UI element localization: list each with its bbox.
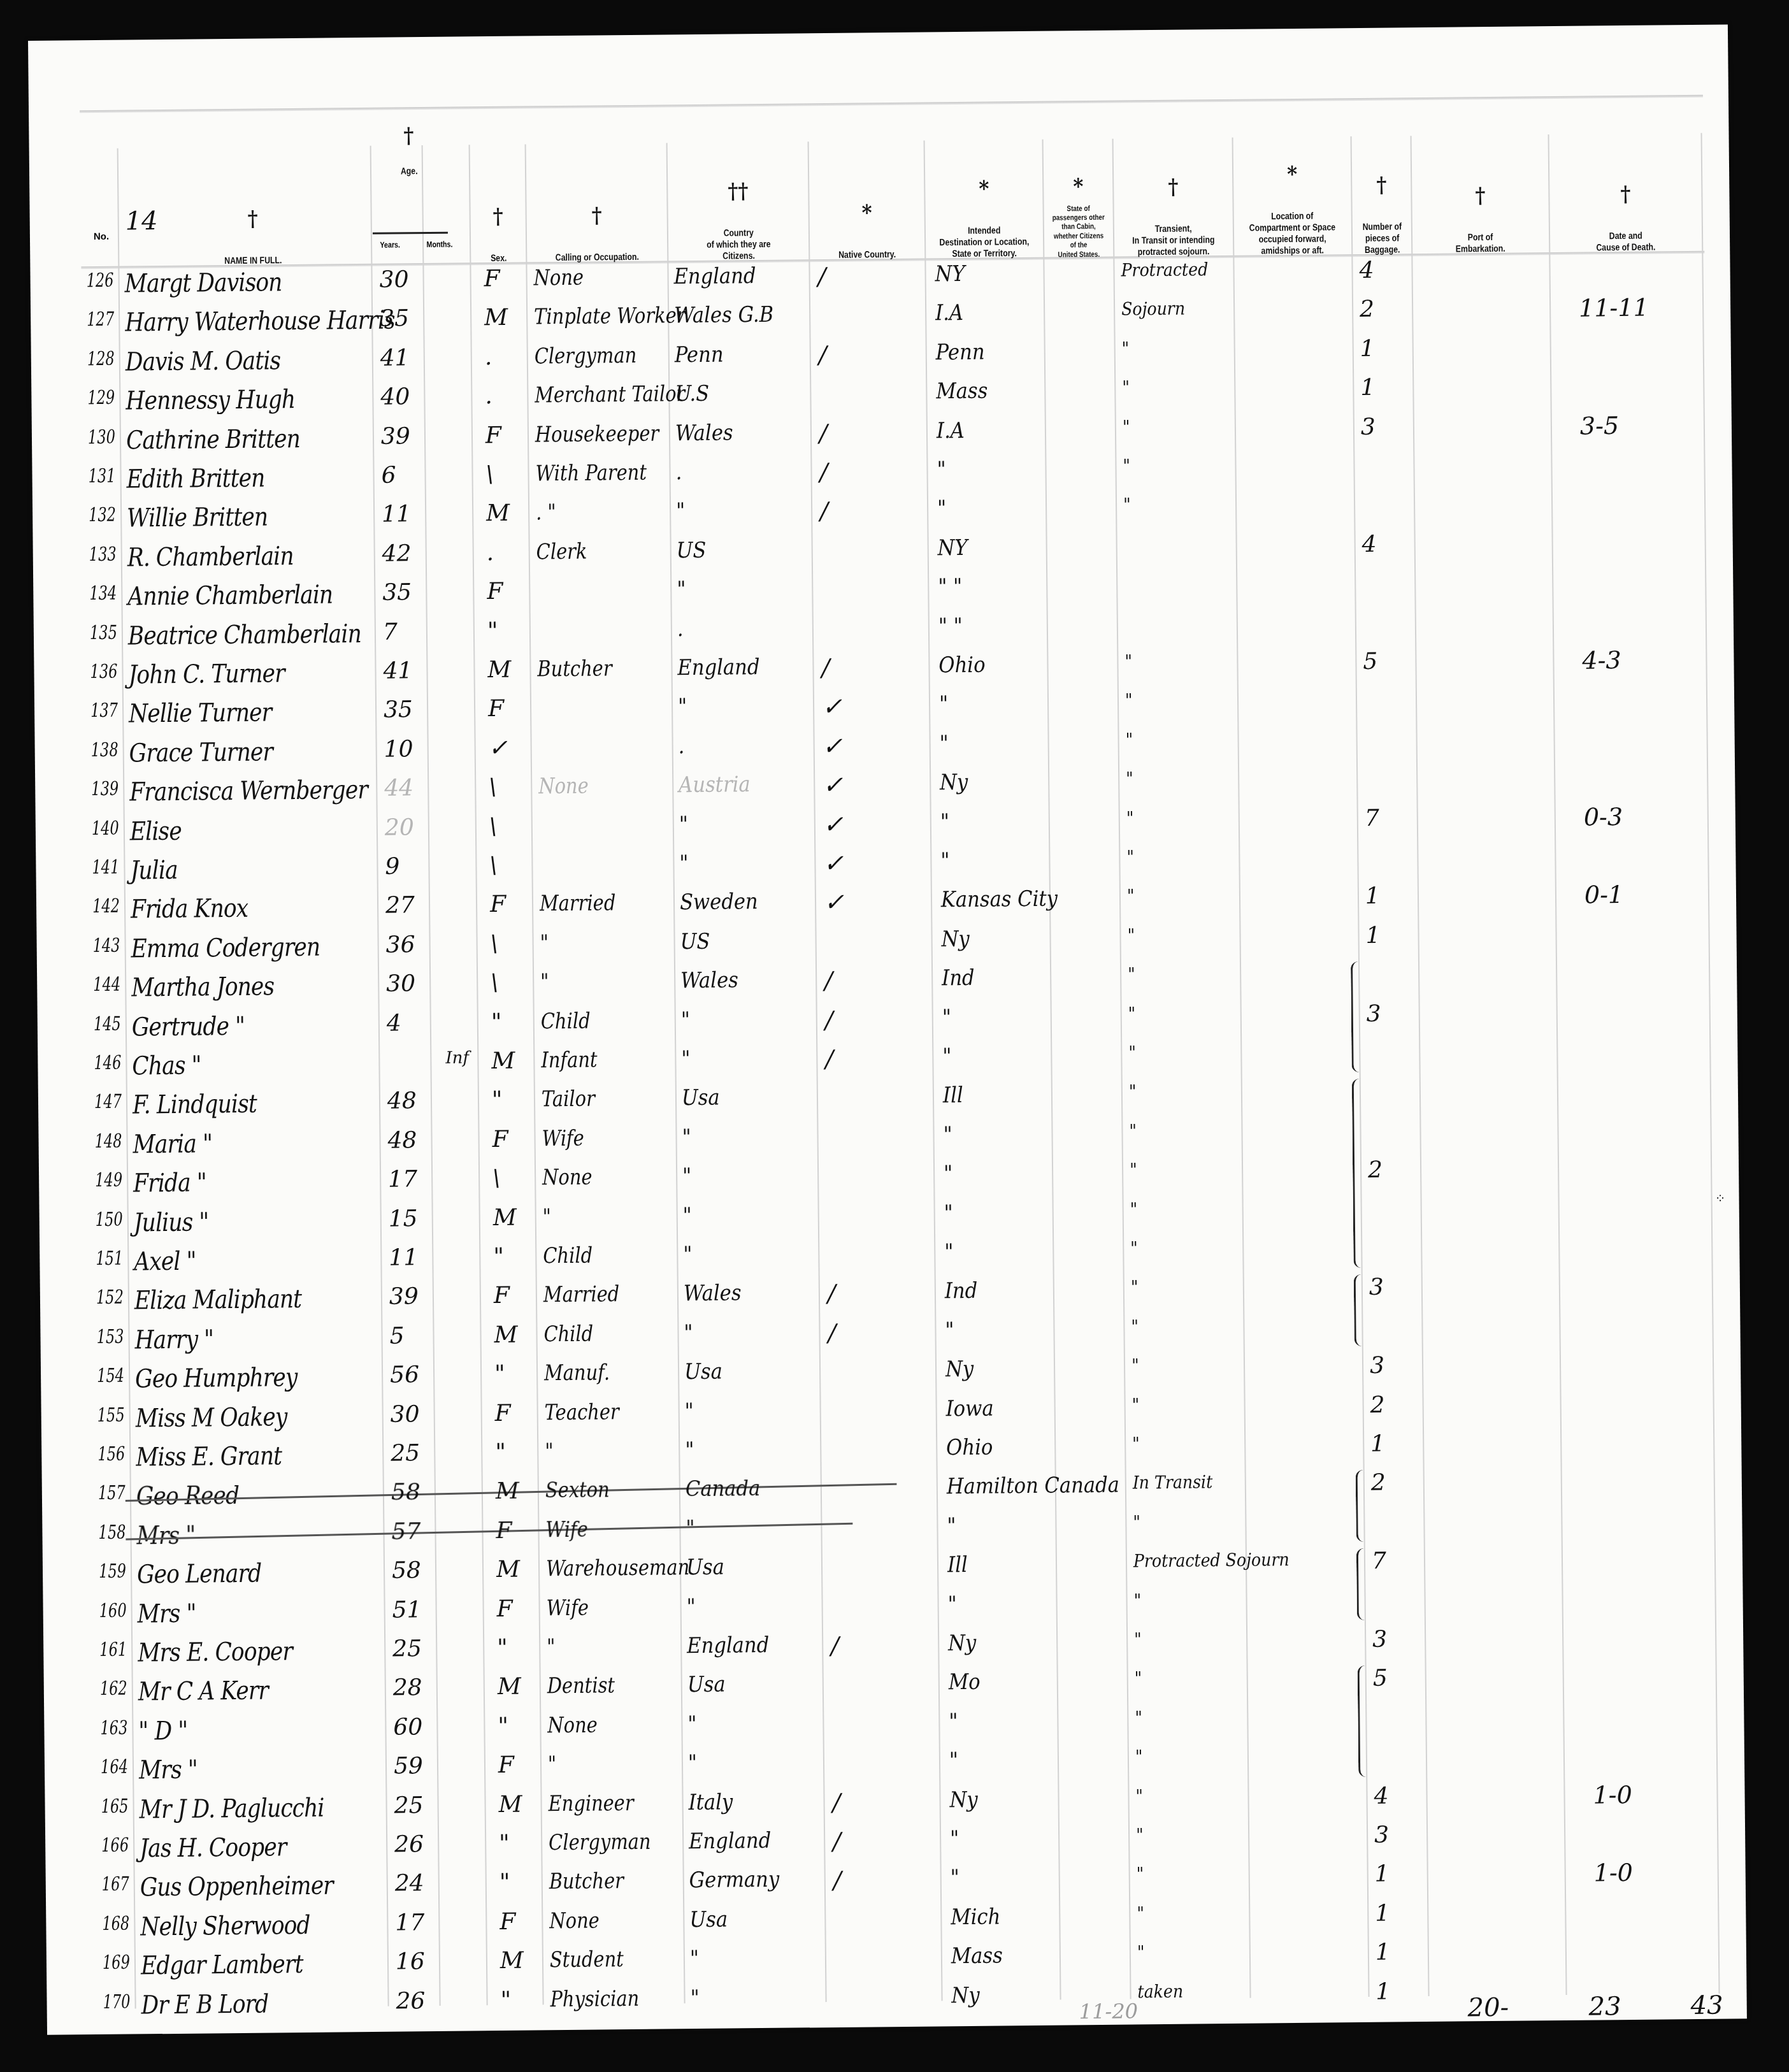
age-years-label: Years. [380, 240, 400, 249]
cell-occupation: None [533, 265, 584, 291]
cell-citizen: " [679, 851, 688, 876]
cell-transient: " [1135, 1668, 1142, 1689]
cell-age: 17 [388, 1166, 417, 1192]
header-occupation: † Calling or Occupation. [526, 110, 667, 264]
cell-citizen: US [677, 538, 707, 563]
cell-sex: " [499, 1831, 510, 1857]
cell-citizen: " [678, 694, 687, 720]
cell-death: 3-5 [1580, 412, 1620, 440]
cell-no: 166 [101, 1834, 129, 1857]
cell-destination: " [937, 457, 945, 482]
cell-occupation: Student [550, 1946, 624, 1973]
cell-citizen: . [678, 733, 684, 759]
cell-citizen: " [681, 1046, 690, 1072]
cell-age: 35 [384, 697, 413, 723]
baggage-brace [1358, 1666, 1370, 1776]
cell-destination: Ny [949, 1787, 977, 1812]
cell-occupation: Engineer [548, 1790, 633, 1817]
asterisk-icon: * [861, 202, 872, 224]
cell-name: Edgar Lambert [141, 1950, 303, 1980]
cell-name: Mr J D. Paglucchi [139, 1793, 324, 1824]
cell-age: 39 [381, 423, 410, 449]
cell-death: 0-3 [1584, 803, 1623, 831]
cell-name: Beatrice Chamberlain [128, 619, 361, 651]
cell-transient: " [1126, 807, 1134, 828]
cell-age: 48 [387, 1088, 417, 1114]
baggage-brace [1356, 1470, 1367, 1542]
dagger-icon: † [1168, 176, 1178, 198]
cell-death: 1-0 [1594, 1859, 1634, 1887]
header-destination: * Intended Destination or Location, Stat… [924, 106, 1043, 261]
cell-no: 169 [103, 1952, 130, 1974]
cell-transient: " [1124, 651, 1132, 672]
cell-transient: " [1129, 1120, 1137, 1141]
cell-citizen: " [687, 1711, 696, 1737]
number-column-label: No. [94, 231, 109, 242]
cell-destination: " [951, 1865, 959, 1890]
cell-sex: M [484, 305, 508, 331]
dagger-icon: † [1620, 183, 1630, 205]
cell-sex: \ [489, 814, 498, 840]
cell-destination: Ny [948, 1630, 976, 1656]
cell-occupation: " [540, 969, 549, 995]
cell-destination: " [945, 1318, 954, 1343]
cell-name: Grace Turner [129, 737, 273, 768]
cell-sex: F [496, 1595, 512, 1622]
cell-name: Axel " [134, 1247, 196, 1277]
cell-name: Elise [130, 816, 182, 846]
cell-destination: NY [935, 261, 965, 287]
cell-destination: " [947, 1513, 956, 1539]
cell-occupation: Merchant Tailor [535, 381, 685, 408]
cell-name: Mrs " [137, 1599, 196, 1629]
cell-death: 4-3 [1582, 646, 1621, 675]
cell-name: Willie Britten [127, 503, 268, 533]
cell-citizen: Wales [680, 968, 738, 994]
cell-sex: " [492, 1087, 503, 1113]
cell-citizen: England [689, 1828, 771, 1854]
cell-occupation: Sexton [545, 1478, 610, 1504]
cell-occupation: Child [543, 1321, 593, 1347]
cell-citizen: Usa [689, 1906, 728, 1932]
cell-baggage: 4 [1374, 1783, 1388, 1809]
cell-baggage: 5 [1373, 1666, 1388, 1692]
cell-baggage: 1 [1360, 336, 1375, 362]
cell-name: Chas " [132, 1051, 201, 1081]
cell-name: Dr E B Lord [141, 1989, 268, 2020]
cell-sex: F [484, 266, 499, 292]
cell-sex: " [493, 1244, 504, 1270]
cell-native: / [833, 1827, 841, 1855]
cell-name: Nellie Turner [129, 698, 272, 729]
cell-baggage: 7 [1365, 805, 1379, 831]
cell-age: 60 [393, 1714, 422, 1740]
cell-name: Miss E. Grant [136, 1441, 282, 1472]
total-a: 20- [1468, 1993, 1509, 2023]
cell-transient: " [1128, 1042, 1136, 1063]
cell-occupation: Infant [541, 1047, 598, 1073]
cell-sex: \ [491, 970, 499, 996]
cell-baggage: 3 [1372, 1627, 1387, 1653]
cell-native: / [820, 497, 828, 525]
cell-sex: \ [485, 461, 494, 487]
cell-age: 24 [395, 1871, 424, 1897]
cell-age: 44 [384, 775, 413, 801]
cell-age: 6 [381, 462, 396, 488]
cell-transient: " [1130, 1160, 1137, 1181]
cell-transient: " [1122, 377, 1130, 398]
cell-age: 42 [382, 540, 412, 566]
cell-destination: Ohio [938, 652, 985, 679]
cell-occupation: Butcher [537, 656, 612, 682]
cell-occupation: Married [543, 1282, 620, 1308]
cell-destination: Ind [945, 1278, 978, 1304]
cell-age: 30 [391, 1401, 420, 1427]
cell-sex: " [499, 1869, 510, 1896]
cell-destination: Ny [945, 1356, 974, 1382]
cell-destination: I.A [937, 418, 965, 443]
cell-name: Mrs " [136, 1520, 195, 1550]
cell-name: Julius " [134, 1207, 209, 1237]
cell-age: 27 [385, 893, 415, 919]
cell-citizen: England [673, 263, 756, 289]
cell-age: 35 [382, 579, 412, 605]
cell-no: 143 [92, 934, 120, 956]
cell-no: 149 [95, 1169, 122, 1191]
cell-name: Maria " [133, 1129, 212, 1159]
cell-name: F. Lindquist [133, 1090, 257, 1120]
cell-destination: Mo [949, 1669, 981, 1695]
cell-sex: \ [490, 931, 498, 957]
cell-baggage: 1 [1376, 1939, 1390, 1966]
cell-baggage: 3 [1367, 1000, 1381, 1026]
cell-sex: " [497, 1635, 508, 1661]
cell-sex: M [498, 1674, 521, 1700]
cell-no: 131 [88, 465, 115, 487]
cell-transient: " [1123, 494, 1131, 515]
cell-transient: " [1131, 1316, 1139, 1337]
cell-age: 15 [389, 1205, 418, 1232]
cell-no: 139 [91, 778, 119, 800]
cell-citizen: " [685, 1399, 694, 1424]
faint-annotation: 11-20 [1079, 1999, 1139, 2024]
cell-sex: F [498, 1752, 514, 1778]
total-c: 43 [1691, 1991, 1723, 2020]
cell-sex: F [499, 1909, 515, 1935]
cell-destination: " [947, 1592, 956, 1617]
cell-transient: " [1125, 690, 1133, 711]
cell-no: 161 [99, 1639, 127, 1661]
cell-occupation: " [545, 1439, 554, 1464]
cell-age: 41 [383, 658, 412, 684]
cell-name: Hennessy Hugh [126, 385, 295, 416]
cell-no: 137 [90, 700, 118, 722]
cell-citizen: Wales [684, 1281, 742, 1307]
cell-transient: " [1123, 455, 1130, 476]
cell-citizen: " [684, 1320, 693, 1346]
cell-occupation: Butcher [549, 1869, 624, 1895]
cell-transient: Protracted [1121, 259, 1208, 280]
cell-native: / [824, 967, 833, 995]
cell-name: Nelly Sherwood [140, 1911, 310, 1942]
cell-destination: " [939, 731, 948, 756]
cell-occupation: Warehouseman [546, 1555, 690, 1581]
cell-transient: " [1134, 1629, 1142, 1650]
cell-sex: F [488, 696, 504, 722]
cell-native: ✓ [823, 849, 844, 877]
cell-sex: " [491, 1009, 502, 1035]
cell-destination: NY [938, 535, 968, 561]
cell-occupation: Child [543, 1243, 593, 1269]
cell-sex: M [496, 1478, 519, 1504]
cell-name: R. Chamberlain [127, 542, 294, 573]
cell-sex: M [494, 1322, 517, 1348]
cell-citizen: Sweden [680, 889, 758, 915]
cell-citizen: " [682, 1163, 691, 1189]
cell-citizen: Germany [689, 1867, 780, 1893]
cell-months: Inf [445, 1048, 469, 1067]
double-dagger-icon: †† [728, 180, 748, 202]
cell-sex: M [486, 500, 510, 526]
cell-citizen: Austria [679, 772, 751, 798]
cell-citizen: England [677, 654, 759, 680]
cell-age: 58 [391, 1479, 420, 1506]
cell-sex: M [498, 1791, 522, 1817]
cell-transient: " [1130, 1237, 1138, 1258]
cell-occupation: " [548, 1752, 557, 1777]
header-name: † NAME IN FULL. [156, 113, 348, 268]
cell-destination: " [949, 1709, 958, 1734]
cell-age: 4 [387, 1010, 401, 1036]
cell-citizen: Wales [675, 420, 733, 446]
cell-age: 26 [396, 1988, 425, 2014]
dagger-icon: † [1475, 185, 1485, 206]
cell-transient: " [1126, 846, 1134, 867]
cell-no: 146 [94, 1052, 121, 1074]
cell-occupation: Wife [546, 1595, 589, 1621]
cell-no: 155 [97, 1404, 125, 1426]
cell-destination: " [939, 692, 948, 717]
cell-baggage: 1 [1375, 1861, 1390, 1887]
cell-no: 160 [99, 1599, 126, 1622]
cell-sex: \ [489, 774, 497, 800]
cell-sex: F [492, 1126, 508, 1153]
cell-no: 151 [96, 1248, 123, 1270]
cell-transient: " [1137, 1903, 1144, 1924]
cell-transient: " [1130, 1198, 1138, 1219]
cell-no: 153 [96, 1325, 124, 1348]
cell-age: 10 [384, 736, 413, 762]
cell-transient: " [1132, 1355, 1139, 1376]
cell-transient: " [1135, 1785, 1143, 1806]
cell-citizen: Usa [687, 1672, 726, 1698]
cell-transient: " [1133, 1511, 1140, 1532]
cell-occupation: " [540, 930, 549, 956]
cell-occupation: Tailor [542, 1086, 595, 1112]
cell-destination: Penn [936, 339, 985, 365]
cell-occupation: . " [536, 500, 556, 525]
cell-baggage: 1 [1365, 883, 1380, 909]
cell-no: 158 [98, 1521, 126, 1543]
cell-age: 35 [380, 306, 409, 332]
cell-occupation: Child [541, 1008, 591, 1034]
cell-baggage: 1 [1375, 1900, 1390, 1926]
cell-name: " D " [138, 1716, 187, 1746]
cell-destination: " [944, 1161, 952, 1186]
cell-sex: . [485, 383, 492, 409]
cell-baggage: 2 [1371, 1470, 1386, 1496]
cell-no: 130 [88, 426, 115, 448]
cell-no: 157 [98, 1482, 126, 1504]
cell-sex: ✓ [488, 735, 508, 761]
asterisk-icon: * [1287, 164, 1297, 185]
cell-name: Annie Chamberlain [127, 580, 333, 612]
cell-destination: " " [938, 574, 962, 600]
cell-transient: " [1135, 1707, 1142, 1728]
cell-baggage: 3 [1369, 1274, 1384, 1300]
cell-sex: F [494, 1283, 510, 1309]
cell-name: Margt Davison [124, 268, 282, 298]
cell-age: 59 [394, 1753, 423, 1779]
cell-sex: M [500, 1948, 524, 1974]
cell-native: / [821, 654, 830, 682]
cell-transient: " [1128, 964, 1135, 985]
cell-occupation: Physician [550, 1986, 639, 2012]
cell-no: 126 [86, 270, 113, 292]
cell-no: 145 [94, 1012, 121, 1035]
cell-destination: Ill [943, 1083, 963, 1108]
cell-name: Martha Jones [131, 972, 274, 1003]
cell-occupation: Dentist [547, 1673, 615, 1699]
cell-native: ✓ [822, 732, 842, 760]
cell-age: 16 [396, 1948, 425, 1975]
cell-baggage: 7 [1372, 1548, 1386, 1574]
cell-citizen: " [688, 1750, 697, 1776]
cell-native: ✓ [823, 771, 843, 799]
cell-sex: F [495, 1400, 511, 1426]
cell-occupation: Clergyman [549, 1829, 651, 1856]
cell-sex: M [487, 657, 511, 683]
cell-destination: Iowa [945, 1395, 993, 1421]
cell-native: / [831, 1632, 839, 1660]
cell-native: / [828, 1319, 836, 1347]
cell-name: Mr C A Kerr [138, 1676, 269, 1707]
header-native-country: * Native Country. [808, 108, 924, 262]
cell-baggage: 4 [1359, 257, 1374, 284]
cell-transient: " [1127, 924, 1135, 946]
cell-age: 17 [395, 1910, 424, 1936]
cell-destination: " [950, 1826, 959, 1852]
cell-citizen: Canada [686, 1476, 761, 1502]
cell-transient: " [1135, 1746, 1143, 1767]
cell-native: / [825, 1006, 833, 1034]
cell-transient: In Transit [1133, 1472, 1213, 1493]
cell-name: Harry Waterhouse Harris [125, 306, 395, 338]
baggage-brace [1354, 1274, 1365, 1346]
cell-age: 5 [389, 1323, 404, 1349]
cell-no: 165 [101, 1795, 128, 1817]
cell-sex: . [487, 540, 494, 566]
cell-name: Frida " [133, 1169, 206, 1198]
cell-occupation: Manuf. [544, 1360, 610, 1386]
cell-citizen: England [687, 1632, 769, 1658]
cell-age: 36 [385, 932, 415, 958]
cell-age: 25 [392, 1636, 422, 1662]
cell-death: 0-1 [1584, 881, 1624, 909]
cell-sex: F [496, 1518, 512, 1544]
cell-transient: " [1127, 886, 1135, 907]
cell-destination: Ny [951, 1982, 979, 2008]
header-passenger-state: * State of passengers other than Cabin, … [1043, 106, 1113, 259]
cell-no: 159 [99, 1560, 126, 1583]
cell-name: Geo Reed [136, 1481, 240, 1511]
cell-destination: " " [938, 614, 963, 639]
cell-destination: Ohio [946, 1435, 993, 1461]
cell-death: 11-11 [1579, 294, 1649, 322]
cell-sex: \ [492, 1165, 501, 1191]
cell-transient: " [1133, 1590, 1141, 1611]
cell-age: 7 [383, 619, 398, 645]
dagger-icon: † [403, 125, 413, 147]
header-port: † Port of Embarkation. [1411, 101, 1549, 255]
cell-native: / [825, 1045, 833, 1073]
cell-baggage: 2 [1360, 296, 1374, 322]
cell-citizen: " [682, 1125, 691, 1150]
cell-age: 57 [391, 1518, 420, 1544]
cell-occupation: " [547, 1634, 556, 1660]
header-baggage: † Number of pieces of Baggage. [1351, 103, 1411, 256]
cell-citizen: " [676, 499, 685, 524]
cell-sex: " [500, 1987, 511, 2013]
cell-destination: " [940, 809, 949, 835]
cell-native: / [819, 341, 827, 369]
baggage-brace [1352, 1079, 1365, 1268]
cell-citizen: " [685, 1437, 694, 1463]
cell-age: 51 [392, 1597, 421, 1623]
cell-transient: " [1129, 1081, 1137, 1102]
cell-destination: " [949, 1748, 958, 1773]
cell-citizen: U.S [675, 381, 709, 407]
dagger-icon: † [493, 206, 503, 227]
cell-no: 127 [87, 308, 114, 331]
cell-native: / [819, 458, 828, 486]
cell-occupation: Wife [542, 1125, 584, 1151]
cell-baggage: 1 [1376, 1978, 1390, 2004]
cell-sex: F [485, 422, 501, 448]
cell-transient: " [1125, 729, 1133, 750]
cell-baggage: 1 [1370, 1431, 1385, 1457]
cell-no: 148 [94, 1130, 122, 1152]
cell-transient: taken [1137, 1980, 1183, 2002]
cell-citizen: " [683, 1203, 692, 1228]
cell-name: Cathrine Britten [126, 424, 300, 456]
cell-no: 150 [96, 1208, 123, 1230]
cell-name: Edith Britten [126, 463, 264, 494]
cell-no: 134 [89, 582, 117, 605]
manifest-sheet: No. 14 † NAME IN FULL. † Age. Years. Mon… [28, 24, 1747, 2034]
cell-baggage: 5 [1363, 649, 1377, 675]
cell-age: 20 [385, 814, 414, 840]
cell-transient: Protracted Sojourn [1133, 1549, 1290, 1571]
cell-death: 1-0 [1593, 1781, 1632, 1809]
cell-citizen: Italy [688, 1789, 733, 1815]
cell-occupation: With Parent [535, 460, 647, 487]
cell-transient: " [1123, 416, 1130, 437]
cell-citizen: Usa [682, 1085, 720, 1111]
cell-native: / [819, 419, 828, 447]
cell-baggage: 1 [1360, 375, 1375, 401]
cell-transient: " [1131, 1277, 1139, 1298]
